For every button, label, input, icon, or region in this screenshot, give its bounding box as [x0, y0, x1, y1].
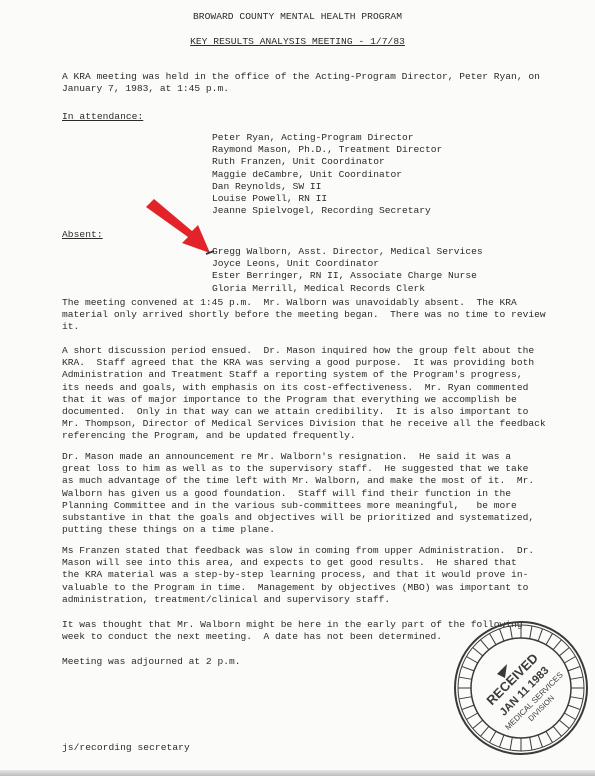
text-line: Ms Franzen stated that feedback was slow…: [62, 545, 595, 557]
intro-line: A KRA meeting was held in the office of …: [62, 71, 595, 83]
text-line: Planning Committee and in the various su…: [62, 500, 595, 512]
text-line: KRA. Staff agreed that the KRA was servi…: [62, 357, 595, 369]
red-arrow-annotation-icon: [140, 197, 220, 257]
intro-line: January 7, 1983, at 1:45 p.m.: [62, 83, 595, 95]
attendee: Maggie deCambre, Unit Coordinator: [212, 169, 442, 181]
attendee: Ruth Franzen, Unit Coordinator: [212, 156, 442, 168]
text-line: that it was of major importance to the P…: [62, 394, 595, 406]
text-line: its needs and goals, with emphasis on it…: [62, 382, 595, 394]
document-page: BROWARD COUNTY MENTAL HEALTH PROGRAM KEY…: [0, 0, 595, 776]
text-line: documented. Only in that way can we atta…: [62, 406, 595, 418]
text-line: Walborn has given us a good foundation. …: [62, 488, 595, 500]
text-line: Mr. Thompson, Director of Medical Servic…: [62, 418, 595, 430]
attendee: Peter Ryan, Acting-Program Director: [212, 132, 442, 144]
text-line: the KRA material was a step-by-step lear…: [62, 569, 595, 581]
page-bottom-edge: [0, 770, 595, 776]
signature-initials: js/recording secretary: [62, 742, 190, 753]
absent-list: Gregg Walborn, Asst. Director, Medical S…: [212, 246, 483, 295]
absentee: Joyce Leons, Unit Coordinator: [212, 258, 483, 270]
text-line: substantive in that the goals and object…: [62, 512, 595, 524]
text-line: Mason will see into this area, and expec…: [62, 557, 595, 569]
meeting-title: KEY RESULTS ANALYSIS MEETING - 1/7/83: [0, 36, 595, 47]
text-line: valuable to the Program in time. Managem…: [62, 582, 595, 594]
attendance-list: Peter Ryan, Acting-Program Director Raym…: [212, 132, 442, 217]
attendance-label: In attendance:: [62, 111, 143, 122]
text-line: administration, treatment/clinical and s…: [62, 594, 595, 606]
attendee: Jeanne Spielvogel, Recording Secretary: [212, 205, 442, 217]
attendee: Louise Powell, RN II: [212, 193, 442, 205]
text-line: great loss to him as well as to the supe…: [62, 463, 595, 475]
organization-heading: BROWARD COUNTY MENTAL HEALTH PROGRAM: [0, 11, 595, 22]
text-line: putting these things on a time plane.: [62, 524, 595, 536]
attendee: Raymond Mason, Ph.D., Treatment Director: [212, 144, 442, 156]
paragraph-convened: The meeting convened at 1:45 p.m. Mr. Wa…: [62, 297, 595, 334]
absentee: Gregg Walborn, Asst. Director, Medical S…: [212, 246, 483, 258]
absent-label: Absent:: [62, 229, 103, 240]
text-line: it.: [62, 321, 595, 333]
text-line: as much advantage of the time left with …: [62, 475, 595, 487]
attendee: Dan Reynolds, SW II: [212, 181, 442, 193]
text-line: A short discussion period ensued. Dr. Ma…: [62, 345, 595, 357]
text-line: Administration and Treatment Staff a rep…: [62, 369, 595, 381]
received-stamp-icon: RECEIVED JAN 11 1983 MEDICAL SERVICES DI…: [451, 618, 591, 758]
absentee: Ester Berringer, RN II, Associate Charge…: [212, 270, 483, 282]
paragraph-discussion: A short discussion period ensued. Dr. Ma…: [62, 345, 595, 443]
absentee: Gloria Merrill, Medical Records Clerk: [212, 283, 483, 295]
text-line: The meeting convened at 1:45 p.m. Mr. Wa…: [62, 297, 595, 309]
text-line: Dr. Mason made an announcement re Mr. Wa…: [62, 451, 595, 463]
text-line: referencing the Program, and be updated …: [62, 430, 595, 442]
paragraph-feedback: Ms Franzen stated that feedback was slow…: [62, 545, 595, 606]
text-line: material only arrived shortly before the…: [62, 309, 595, 321]
paragraph-announcement: Dr. Mason made an announcement re Mr. Wa…: [62, 451, 595, 536]
intro-paragraph: A KRA meeting was held in the office of …: [62, 71, 595, 95]
